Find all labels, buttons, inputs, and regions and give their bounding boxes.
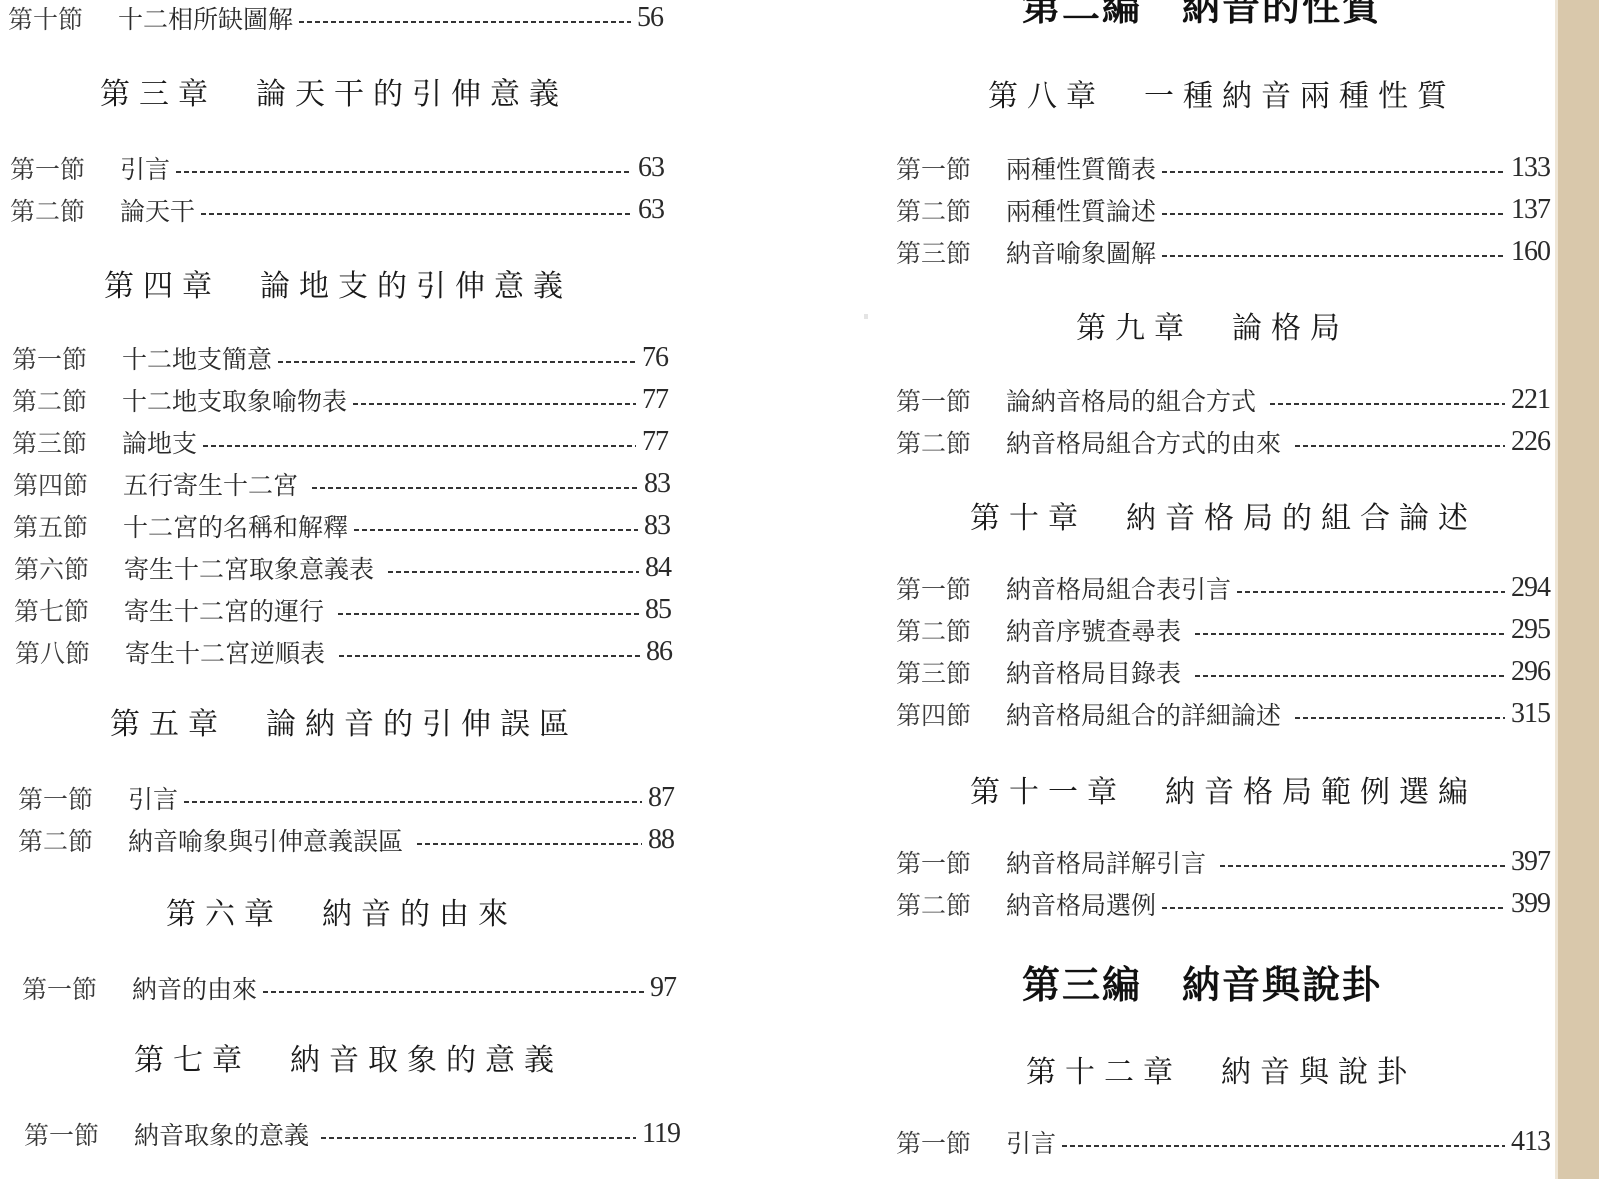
dot-leader xyxy=(1237,591,1505,593)
section-number: 第二節 xyxy=(18,829,128,854)
section-title: 兩種性質簡表 xyxy=(1006,157,1156,182)
section-title: 納音序號查尋表 xyxy=(1006,619,1181,644)
section-title: 引言 xyxy=(128,787,178,812)
section-number: 第一節 xyxy=(896,851,1006,876)
toc-entry: 第六節 寄生十二宮取象意義表 84 xyxy=(14,546,671,582)
toc-entry: 第二節 十二地支取象喻物表 77 xyxy=(12,378,668,414)
section-title: 十二地支簡意 xyxy=(122,347,272,372)
chapter-heading: 第十章 納音格局的組合論述 xyxy=(970,504,1477,534)
page-number: 77 xyxy=(642,386,668,414)
scan-artifact xyxy=(864,314,868,319)
section-title: 論納音格局的組合方式 xyxy=(1006,389,1256,414)
toc-entry: 第十節 十二相所缺圖解 56 xyxy=(8,0,663,32)
section-number: 第一節 xyxy=(18,787,128,812)
toc-entry: 第三節 論地支 77 xyxy=(12,420,668,456)
page-number: 137 xyxy=(1511,196,1550,224)
page-number: 295 xyxy=(1511,616,1550,644)
page-edge-strip xyxy=(1558,0,1599,1179)
section-number: 第一節 xyxy=(10,157,120,182)
page-number: 77 xyxy=(642,428,668,456)
toc-entry: 第五節 十二宮的名稱和解釋 83 xyxy=(13,504,670,540)
page-number: 63 xyxy=(638,154,664,182)
page-number: 119 xyxy=(642,1120,680,1148)
toc-entry: 第一節 納音的由來 97 xyxy=(22,966,676,1002)
dot-leader xyxy=(176,171,632,173)
page-number: 85 xyxy=(645,596,671,624)
page-number: 56 xyxy=(637,4,663,32)
dot-leader xyxy=(1162,171,1505,173)
chapter-heading: 第十二章 納音與說卦 xyxy=(1026,1058,1416,1088)
toc-entry: 第二節 納音格局選例 399 xyxy=(896,882,1550,918)
section-number: 第二節 xyxy=(896,199,1006,224)
section-number: 第二節 xyxy=(896,619,1006,644)
section-title: 論天干 xyxy=(120,199,195,224)
section-title: 納音喻象圖解 xyxy=(1006,241,1156,266)
dot-leader xyxy=(353,403,636,405)
section-title: 納音喻象與引伸意義誤區 xyxy=(128,829,403,854)
chapter-heading: 第五章 論納音的引伸誤區 xyxy=(110,710,578,740)
section-number: 第一節 xyxy=(896,157,1006,182)
page-number: 226 xyxy=(1511,428,1550,456)
page-number: 294 xyxy=(1511,574,1550,602)
toc-entry: 第一節 兩種性質簡表 133 xyxy=(896,146,1550,182)
section-number: 第二節 xyxy=(10,199,120,224)
section-title: 納音的由來 xyxy=(132,977,257,1002)
section-number: 第三節 xyxy=(12,431,122,456)
toc-entry: 第一節 引言 63 xyxy=(10,146,664,182)
section-title: 寄生十二宮取象意義表 xyxy=(124,557,374,582)
page-number: 397 xyxy=(1511,848,1550,876)
section-title: 納音格局目錄表 xyxy=(1006,661,1181,686)
chapter-heading: 第八章 一種納音兩種性質 xyxy=(988,82,1456,112)
section-title: 寄生十二宮逆順表 xyxy=(125,641,325,666)
section-title: 五行寄生十二宮 xyxy=(123,473,298,498)
dot-leader xyxy=(312,487,638,489)
dot-leader xyxy=(354,529,638,531)
section-number: 第五節 xyxy=(13,515,123,540)
toc-entry: 第一節 納音取象的意義 119 xyxy=(24,1112,680,1148)
toc-entry: 第二節 論天干 63 xyxy=(10,188,664,224)
section-number: 第四節 xyxy=(13,473,123,498)
page-number: 87 xyxy=(648,784,674,812)
dot-leader xyxy=(1295,717,1505,719)
page-number: 88 xyxy=(648,826,674,854)
toc-entry: 第一節 納音格局組合表引言 294 xyxy=(896,566,1550,602)
chapter-heading: 第四章 論地支的引伸意義 xyxy=(104,272,572,302)
page-number: 84 xyxy=(645,554,671,582)
section-number: 第二節 xyxy=(896,431,1006,456)
section-number: 第十節 xyxy=(8,7,118,32)
dot-leader xyxy=(339,655,640,657)
page-number: 83 xyxy=(644,512,670,540)
section-title: 引言 xyxy=(1006,1131,1056,1156)
section-number: 第一節 xyxy=(896,389,1006,414)
dot-leader xyxy=(321,1137,636,1139)
toc-entry: 第二節 納音喻象與引伸意義誤區 88 xyxy=(18,818,674,854)
toc-entry: 第一節 納音格局詳解引言 397 xyxy=(896,840,1550,876)
section-number: 第一節 xyxy=(22,977,132,1002)
section-title: 兩種性質論述 xyxy=(1006,199,1156,224)
section-number: 第一節 xyxy=(12,347,122,372)
chapter-heading: 第六章 納音的由來 xyxy=(166,900,517,930)
section-title: 寄生十二宮的運行 xyxy=(124,599,324,624)
dot-leader xyxy=(417,843,642,845)
section-title: 納音格局選例 xyxy=(1006,893,1156,918)
dot-leader xyxy=(1162,907,1505,909)
dot-leader xyxy=(388,571,639,573)
toc-entry: 第一節 十二地支簡意 76 xyxy=(12,336,668,372)
dot-leader xyxy=(1162,213,1505,215)
section-number: 第一節 xyxy=(24,1123,134,1148)
toc-entry: 第二節 納音序號查尋表 295 xyxy=(896,608,1550,644)
section-title: 納音格局組合的詳細論述 xyxy=(1006,703,1281,728)
dot-leader xyxy=(1195,675,1505,677)
section-number: 第三節 xyxy=(896,241,1006,266)
page-number: 86 xyxy=(646,638,672,666)
chapter-heading: 第七章 納音取象的意義 xyxy=(134,1046,563,1076)
page-number: 413 xyxy=(1511,1128,1550,1156)
page-number: 83 xyxy=(644,470,670,498)
section-title: 論地支 xyxy=(122,431,197,456)
section-title: 納音格局組合方式的由來 xyxy=(1006,431,1281,456)
page-number: 221 xyxy=(1511,386,1550,414)
page-number: 399 xyxy=(1511,890,1550,918)
section-number: 第二節 xyxy=(896,893,1006,918)
dot-leader xyxy=(1195,633,1505,635)
toc-entry: 第二節 納音格局組合方式的由來 226 xyxy=(896,420,1550,456)
dot-leader xyxy=(263,991,644,993)
toc-entry: 第八節 寄生十二宮逆順表 86 xyxy=(15,630,672,666)
dot-leader xyxy=(203,445,636,447)
toc-entry: 第一節 引言 413 xyxy=(896,1120,1550,1156)
dot-leader xyxy=(299,21,631,23)
page-number: 63 xyxy=(638,196,664,224)
section-title: 引言 xyxy=(120,157,170,182)
dot-leader xyxy=(338,613,639,615)
toc-entry: 第三節 納音喻象圖解 160 xyxy=(896,230,1550,266)
section-number: 第六節 xyxy=(14,557,124,582)
section-number: 第七節 xyxy=(14,599,124,624)
chapter-heading: 第三章 論天干的引伸意義 xyxy=(100,80,568,110)
dot-leader xyxy=(1162,255,1505,257)
chapter-heading: 第九章 論格局 xyxy=(1076,314,1349,344)
section-title: 十二地支取象喻物表 xyxy=(122,389,347,414)
page-number: 160 xyxy=(1511,238,1550,266)
dot-leader xyxy=(1270,403,1505,405)
book-spread: 第十節 十二相所缺圖解 56 第三章 論天干的引伸意義 第一節 引言 63 第二… xyxy=(0,0,1599,1179)
toc-entry: 第三節 納音格局目錄表 296 xyxy=(896,650,1550,686)
dot-leader xyxy=(1062,1145,1505,1147)
dot-leader xyxy=(1295,445,1505,447)
section-number: 第四節 xyxy=(896,703,1006,728)
toc-entry: 第一節 引言 87 xyxy=(18,776,674,812)
section-number: 第三節 xyxy=(896,661,1006,686)
page-number: 315 xyxy=(1511,700,1550,728)
toc-entry: 第一節 論納音格局的組合方式 221 xyxy=(896,378,1550,414)
dot-leader xyxy=(1220,865,1505,867)
page-number: 97 xyxy=(650,974,676,1002)
section-number: 第一節 xyxy=(896,1131,1006,1156)
part-heading: 第三編 納音與說卦 xyxy=(1022,966,1382,1004)
section-number: 第八節 xyxy=(15,641,125,666)
part-heading: 第二編 納音的性質 xyxy=(1022,0,1382,26)
section-number: 第二節 xyxy=(12,389,122,414)
page-number: 296 xyxy=(1511,658,1550,686)
dot-leader xyxy=(278,361,636,363)
page-number: 76 xyxy=(642,344,668,372)
section-number: 第一節 xyxy=(896,577,1006,602)
toc-entry: 第七節 寄生十二宮的運行 85 xyxy=(14,588,671,624)
chapter-heading: 第十一章 納音格局範例選編 xyxy=(970,778,1477,808)
page-number: 133 xyxy=(1511,154,1550,182)
toc-entry: 第四節 納音格局組合的詳細論述 315 xyxy=(896,692,1550,728)
section-title: 納音格局詳解引言 xyxy=(1006,851,1206,876)
toc-entry: 第四節 五行寄生十二宮 83 xyxy=(13,462,670,498)
dot-leader xyxy=(201,213,632,215)
section-title: 十二宮的名稱和解釋 xyxy=(123,515,348,540)
section-title: 十二相所缺圖解 xyxy=(118,7,293,32)
section-title: 納音取象的意義 xyxy=(134,1123,309,1148)
dot-leader xyxy=(184,801,642,803)
toc-entry: 第二節 兩種性質論述 137 xyxy=(896,188,1550,224)
section-title: 納音格局組合表引言 xyxy=(1006,577,1231,602)
